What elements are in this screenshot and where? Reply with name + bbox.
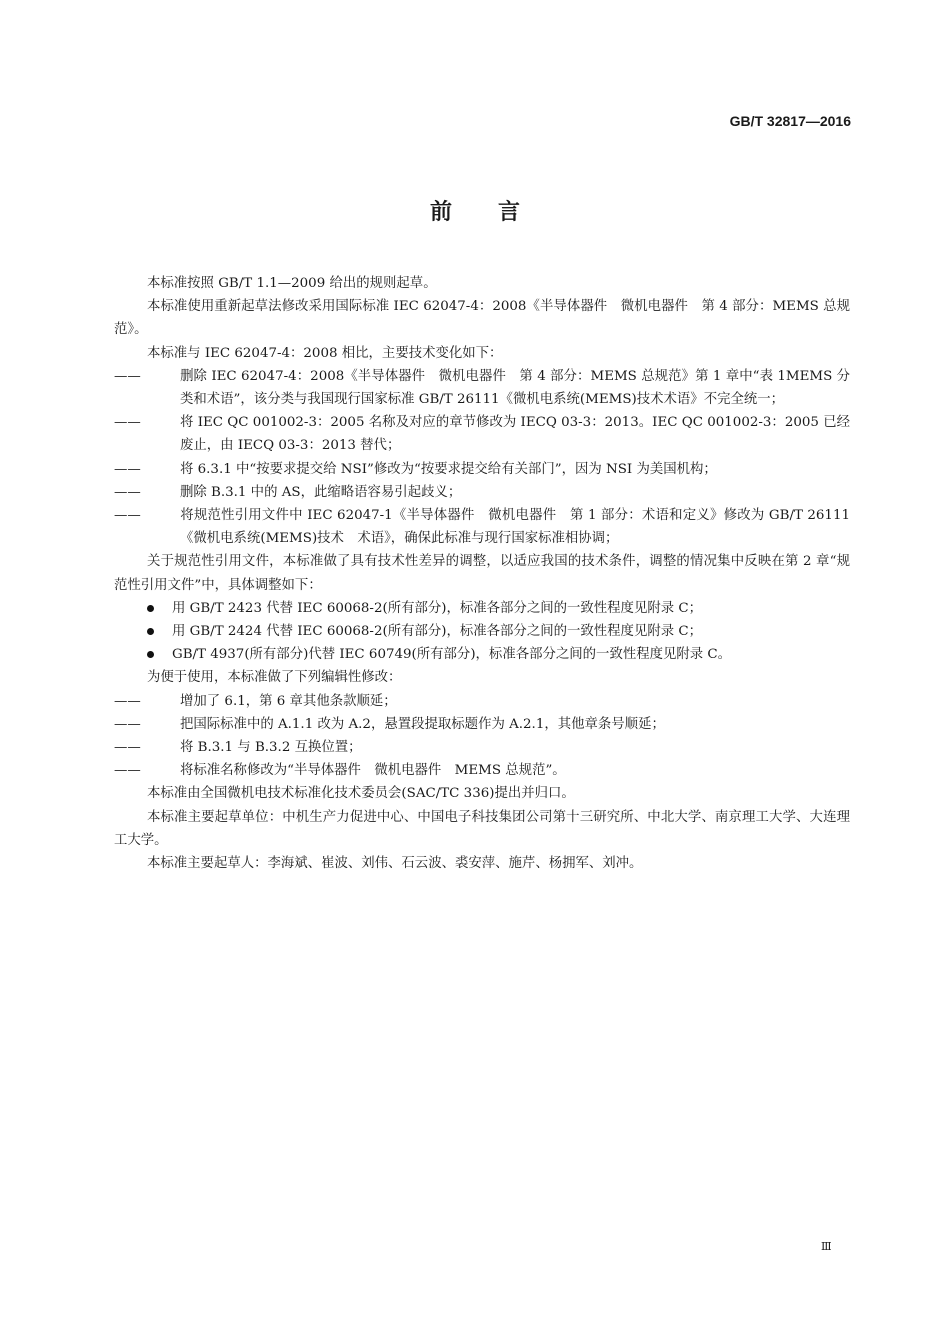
bullet-item: 用 GB/T 2423 代替 IEC 60068-2(所有部分)，标准各部分之间… xyxy=(114,597,850,620)
dash-mark: —— xyxy=(147,458,180,481)
dash-mark: —— xyxy=(147,365,180,388)
dash-mark: —— xyxy=(147,411,180,434)
bullet-icon xyxy=(147,651,154,658)
dash-item: ——删除 B.3.1 中的 AS，此缩略语容易引起歧义； xyxy=(114,481,850,504)
dash-item: ——删除 IEC 62047-4：2008《半导体器件 微机电器件 第 4 部分… xyxy=(114,365,850,411)
dash-mark: —— xyxy=(147,690,180,713)
dash-mark: —— xyxy=(147,736,180,759)
dash-mark: —— xyxy=(147,759,180,782)
paragraph-adoption: 本标准使用重新起草法修改采用国际标准 IEC 62047-4：2008《半导体器… xyxy=(114,295,850,341)
dash-item: ——将 IEC QC 001002-3：2005 名称及对应的章节修改为 IEC… xyxy=(114,411,850,457)
dash-item: ——把国际标准中的 A.1.1 改为 A.2，悬置段提取标题作为 A.2.1，其… xyxy=(114,713,850,736)
dash-item: ——增加了 6.1，第 6 章其他条款顺延； xyxy=(114,690,850,713)
page-number: Ⅲ xyxy=(821,1240,832,1253)
dash-mark: —— xyxy=(147,481,180,504)
dash-item: ——将规范性引用文件中 IEC 62047-1《半导体器件 微机电器件 第 1 … xyxy=(114,504,850,550)
dash-mark: —— xyxy=(147,504,180,527)
paragraph-committee: 本标准由全国微机电技术标准化技术委员会(SAC/TC 336)提出并归口。 xyxy=(114,782,850,805)
paragraph-drafting-units: 本标准主要起草单位：中机生产力促进中心、中国电子科技集团公司第十三研究所、中北大… xyxy=(114,806,850,852)
dash-item: ——将 6.3.1 中“按要求提交给 NSI”修改为“按要求提交给有关部门”，因… xyxy=(114,458,850,481)
paragraph-changes-intro: 本标准与 IEC 62047-4：2008 相比，主要技术变化如下： xyxy=(114,342,850,365)
paragraph-normative-references: 关于规范性引用文件，本标准做了具有技术性差异的调整，以适应我国的技术条件，调整的… xyxy=(114,550,850,596)
bullet-icon xyxy=(147,628,154,635)
paragraph-editorial-intro: 为便于使用，本标准做了下列编辑性修改： xyxy=(114,666,850,689)
dash-item: ——将标准名称修改为“半导体器件 微机电器件 MEMS 总规范”。 xyxy=(114,759,850,782)
bullet-item: 用 GB/T 2424 代替 IEC 60068-2(所有部分)，标准各部分之间… xyxy=(114,620,850,643)
dash-item: ——将 B.3.1 与 B.3.2 互换位置； xyxy=(114,736,850,759)
bullet-icon xyxy=(147,605,154,612)
foreword-body: 本标准按照 GB/T 1.1—2009 给出的规则起草。 本标准使用重新起草法修… xyxy=(114,272,850,875)
dash-mark: —— xyxy=(147,713,180,736)
bullet-item: GB/T 4937(所有部分)代替 IEC 60749(所有部分)，标准各部分之… xyxy=(114,643,850,666)
paragraph-drafting-rules: 本标准按照 GB/T 1.1—2009 给出的规则起草。 xyxy=(114,272,850,295)
standard-code: GB/T 32817—2016 xyxy=(730,113,851,129)
paragraph-drafters: 本标准主要起草人：李海斌、崔波、刘伟、石云波、裘安萍、施芹、杨拥军、刘冲。 xyxy=(114,852,850,875)
page-title: 前言 xyxy=(0,195,950,226)
